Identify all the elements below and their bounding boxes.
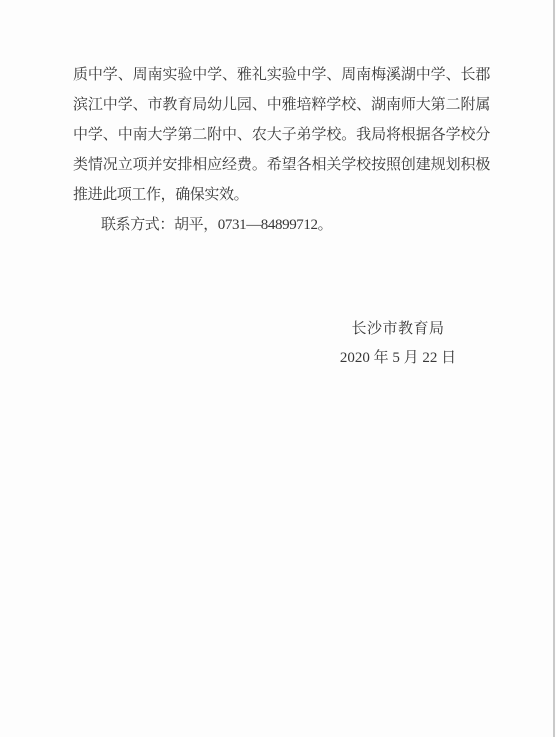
contact-line: 联系方式：胡平，0731—84899712。 — [73, 210, 490, 240]
paragraph-line: 滨江中学、市教育局幼儿园、中雅培粹学校、湖南师大第二附属 — [73, 90, 490, 120]
paragraph-line: 类情况立项并安排相应经费。希望各相关学校按照创建规划积极 — [73, 150, 490, 180]
signature-block: 长沙市教育局 2020 年 5 月 22 日 — [330, 315, 466, 373]
paragraph-line: 推进此项工作，确保实效。 — [73, 180, 490, 210]
signature-organization: 长沙市教育局 — [330, 315, 466, 344]
scan-edge-line — [553, 0, 555, 737]
letter-body: 质中学、周南实验中学、雅礼实验中学、周南梅溪湖中学、长郡 滨江中学、市教育局幼儿… — [73, 60, 490, 240]
signature-date: 2020 年 5 月 22 日 — [330, 344, 466, 373]
document-page: 质中学、周南实验中学、雅礼实验中学、周南梅溪湖中学、长郡 滨江中学、市教育局幼儿… — [0, 0, 556, 737]
paragraph-line: 质中学、周南实验中学、雅礼实验中学、周南梅溪湖中学、长郡 — [73, 60, 490, 90]
paragraph-line: 中学、中南大学第二附中、农大子弟学校。我局将根据各学校分 — [73, 120, 490, 150]
